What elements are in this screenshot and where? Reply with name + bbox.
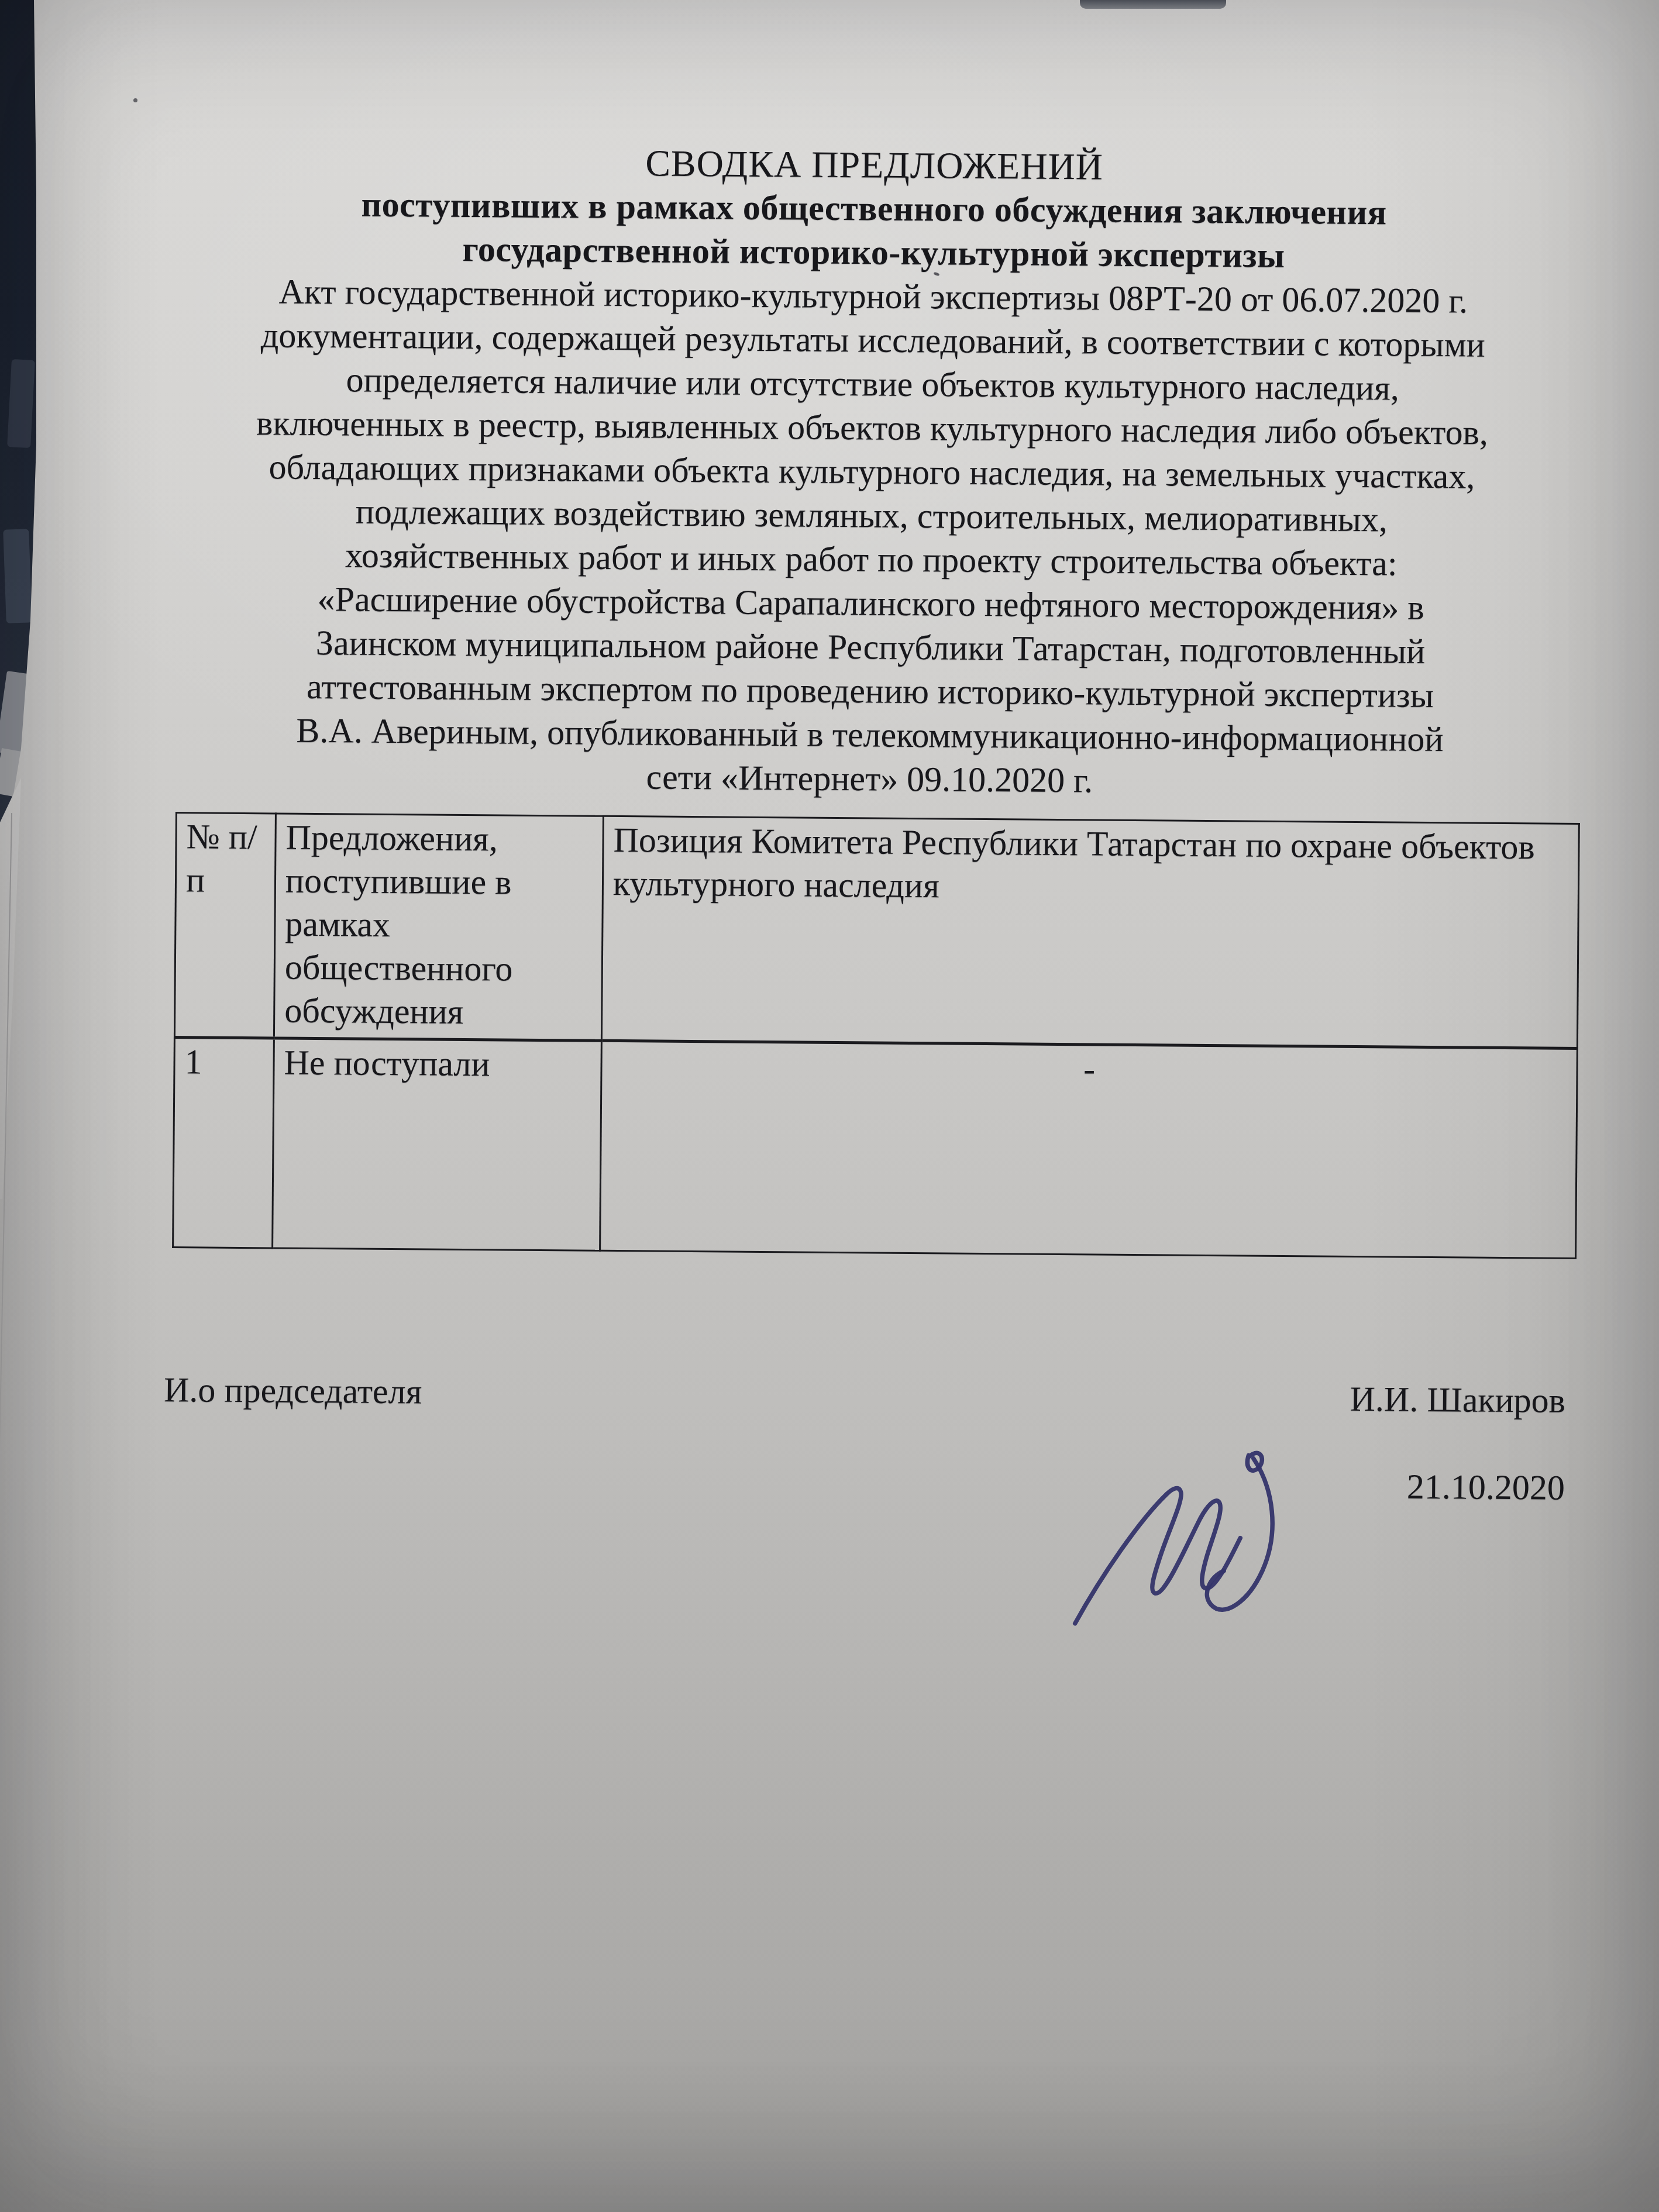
header-cell-proposals: Предложения, поступившие в рамках общест… [274, 814, 603, 1040]
header-cell-position: Позиция Комитета Республики Татарстан по… [601, 816, 1579, 1048]
header-cell-number: № п/п [174, 813, 276, 1038]
background-notch [1080, 0, 1226, 9]
cell-position: - [600, 1040, 1578, 1258]
dust-speck [133, 98, 137, 102]
signatory-role: И.о председателя [164, 1368, 422, 1414]
handwritten-signature [1053, 1430, 1305, 1646]
signatory-name: И.И. Шакиров [1350, 1377, 1565, 1423]
document-photo: СВОДКА ПРЕДЛОЖЕНИЙ поступивших в рамках … [0, 0, 1659, 2212]
desk-patch [3, 529, 32, 623]
signature-row: И.о председателя И.И. Шакиров [163, 1368, 1567, 1423]
signature-stroke [1066, 1484, 1245, 1623]
table-row: 1 Не поступали - [173, 1038, 1578, 1259]
document-content: СВОДКА ПРЕДЛОЖЕНИЙ поступивших в рамках … [162, 137, 1577, 1510]
signature-stroke [1198, 1458, 1279, 1611]
cell-proposals: Не поступали [273, 1038, 602, 1250]
proposals-table: № п/п Предложения, поступившие в рамках … [172, 812, 1580, 1259]
desk-patch [7, 359, 35, 448]
table-header-row: № п/п Предложения, поступившие в рамках … [174, 813, 1579, 1049]
cell-row-number: 1 [173, 1038, 274, 1248]
